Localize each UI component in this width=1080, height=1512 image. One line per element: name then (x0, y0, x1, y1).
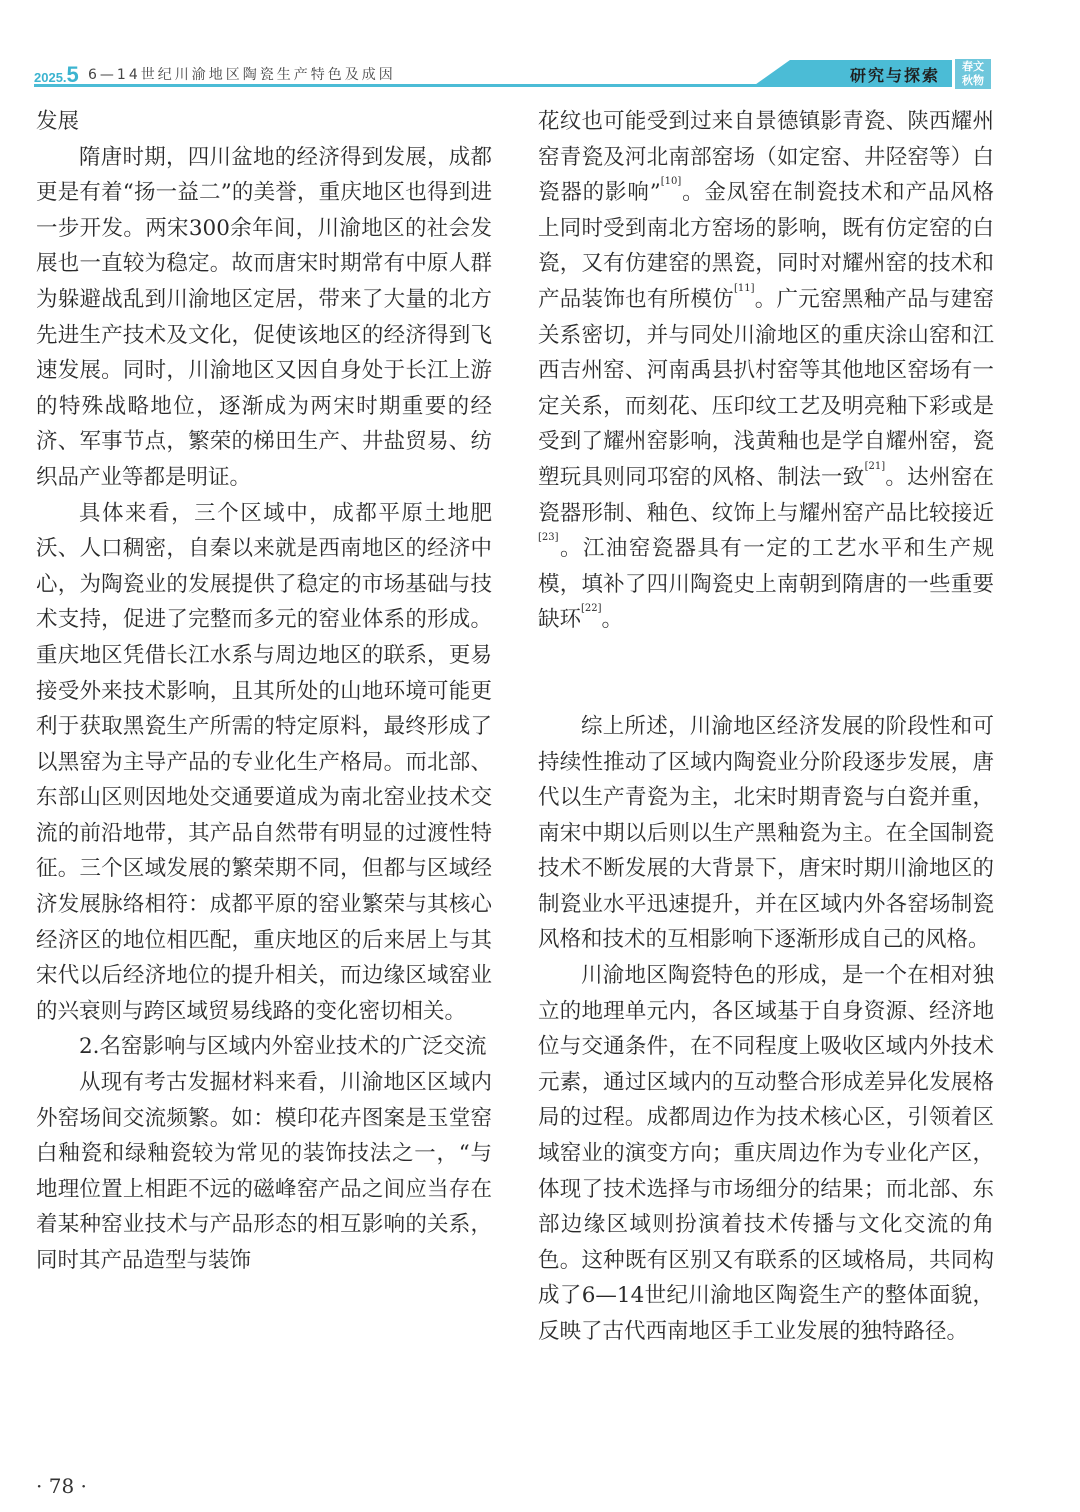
paragraph-continuation: 花纹也可能受到过来自景德镇影青瓷、陕西耀州窑青瓷及河北南部窑场（如定窑、井陉窑等… (538, 104, 994, 638)
paragraph: 综上所述，川渝地区经济发展的阶段性和可持续性推动了区域内陶瓷业分阶段逐步发展，唐… (538, 709, 994, 958)
page-header: 2025.5 6—14世纪川渝地区陶瓷生产特色及成因 研究与探索 春文 秋物 (0, 0, 1080, 100)
journal-logo-icon: 春文 秋物 (955, 59, 991, 89)
paragraph: 川渝地区陶瓷特色的形成，是一个在相对独立的地理单元内，各区域基于自身资源、经济地… (538, 958, 994, 1350)
citation-ref: [11] (734, 283, 755, 294)
issue-year: 2025. (34, 70, 67, 85)
citation-ref: [23] (538, 532, 559, 543)
page-number: · 78 · (36, 1474, 87, 1498)
section-heading: 2.名窑影响与区域内外窑业技术的广泛交流 (36, 1029, 492, 1065)
citation-ref: [22] (581, 603, 602, 614)
right-column: 花纹也可能受到过来自景德镇影青瓷、陕西耀州窑青瓷及河北南部窑场（如定窑、井陉窑等… (538, 104, 994, 1350)
header-rule (34, 84, 794, 87)
paragraph: 从现有考古发掘材料来看，川渝地区区域内外窑场间交流频繁。如：模印花卉图案是玉堂窑… (36, 1065, 492, 1279)
logo-line-2: 秋物 (955, 74, 991, 88)
citation-ref: [21] (865, 461, 886, 472)
logo-line-1: 春文 (955, 60, 991, 74)
section-gap (538, 638, 994, 709)
text-run: 。 (602, 607, 624, 632)
paragraph: 具体来看，三个区域中，成都平原土地肥沃、人口稠密，自秦以来就是西南地区的经济中心… (36, 496, 492, 1030)
running-title: 6—14世纪川渝地区陶瓷生产特色及成因 (88, 64, 396, 84)
paragraph-continuation: 发展 (36, 104, 492, 140)
citation-ref: [10] (661, 176, 682, 187)
section-banner: 研究与探索 (752, 60, 952, 87)
section-banner-text: 研究与探索 (850, 63, 940, 86)
left-column: 发展 隋唐时期，四川盆地的经济得到发展，成都更是有着“扬一益二”的美誉，重庆地区… (36, 104, 492, 1279)
paragraph: 隋唐时期，四川盆地的经济得到发展，成都更是有着“扬一益二”的美誉，重庆地区也得到… (36, 140, 492, 496)
text-run: 。广元窑黑釉产品与建窑关系密切，并与同处川渝地区的重庆涂山窑和江西吉州窑、河南禹… (538, 287, 994, 490)
